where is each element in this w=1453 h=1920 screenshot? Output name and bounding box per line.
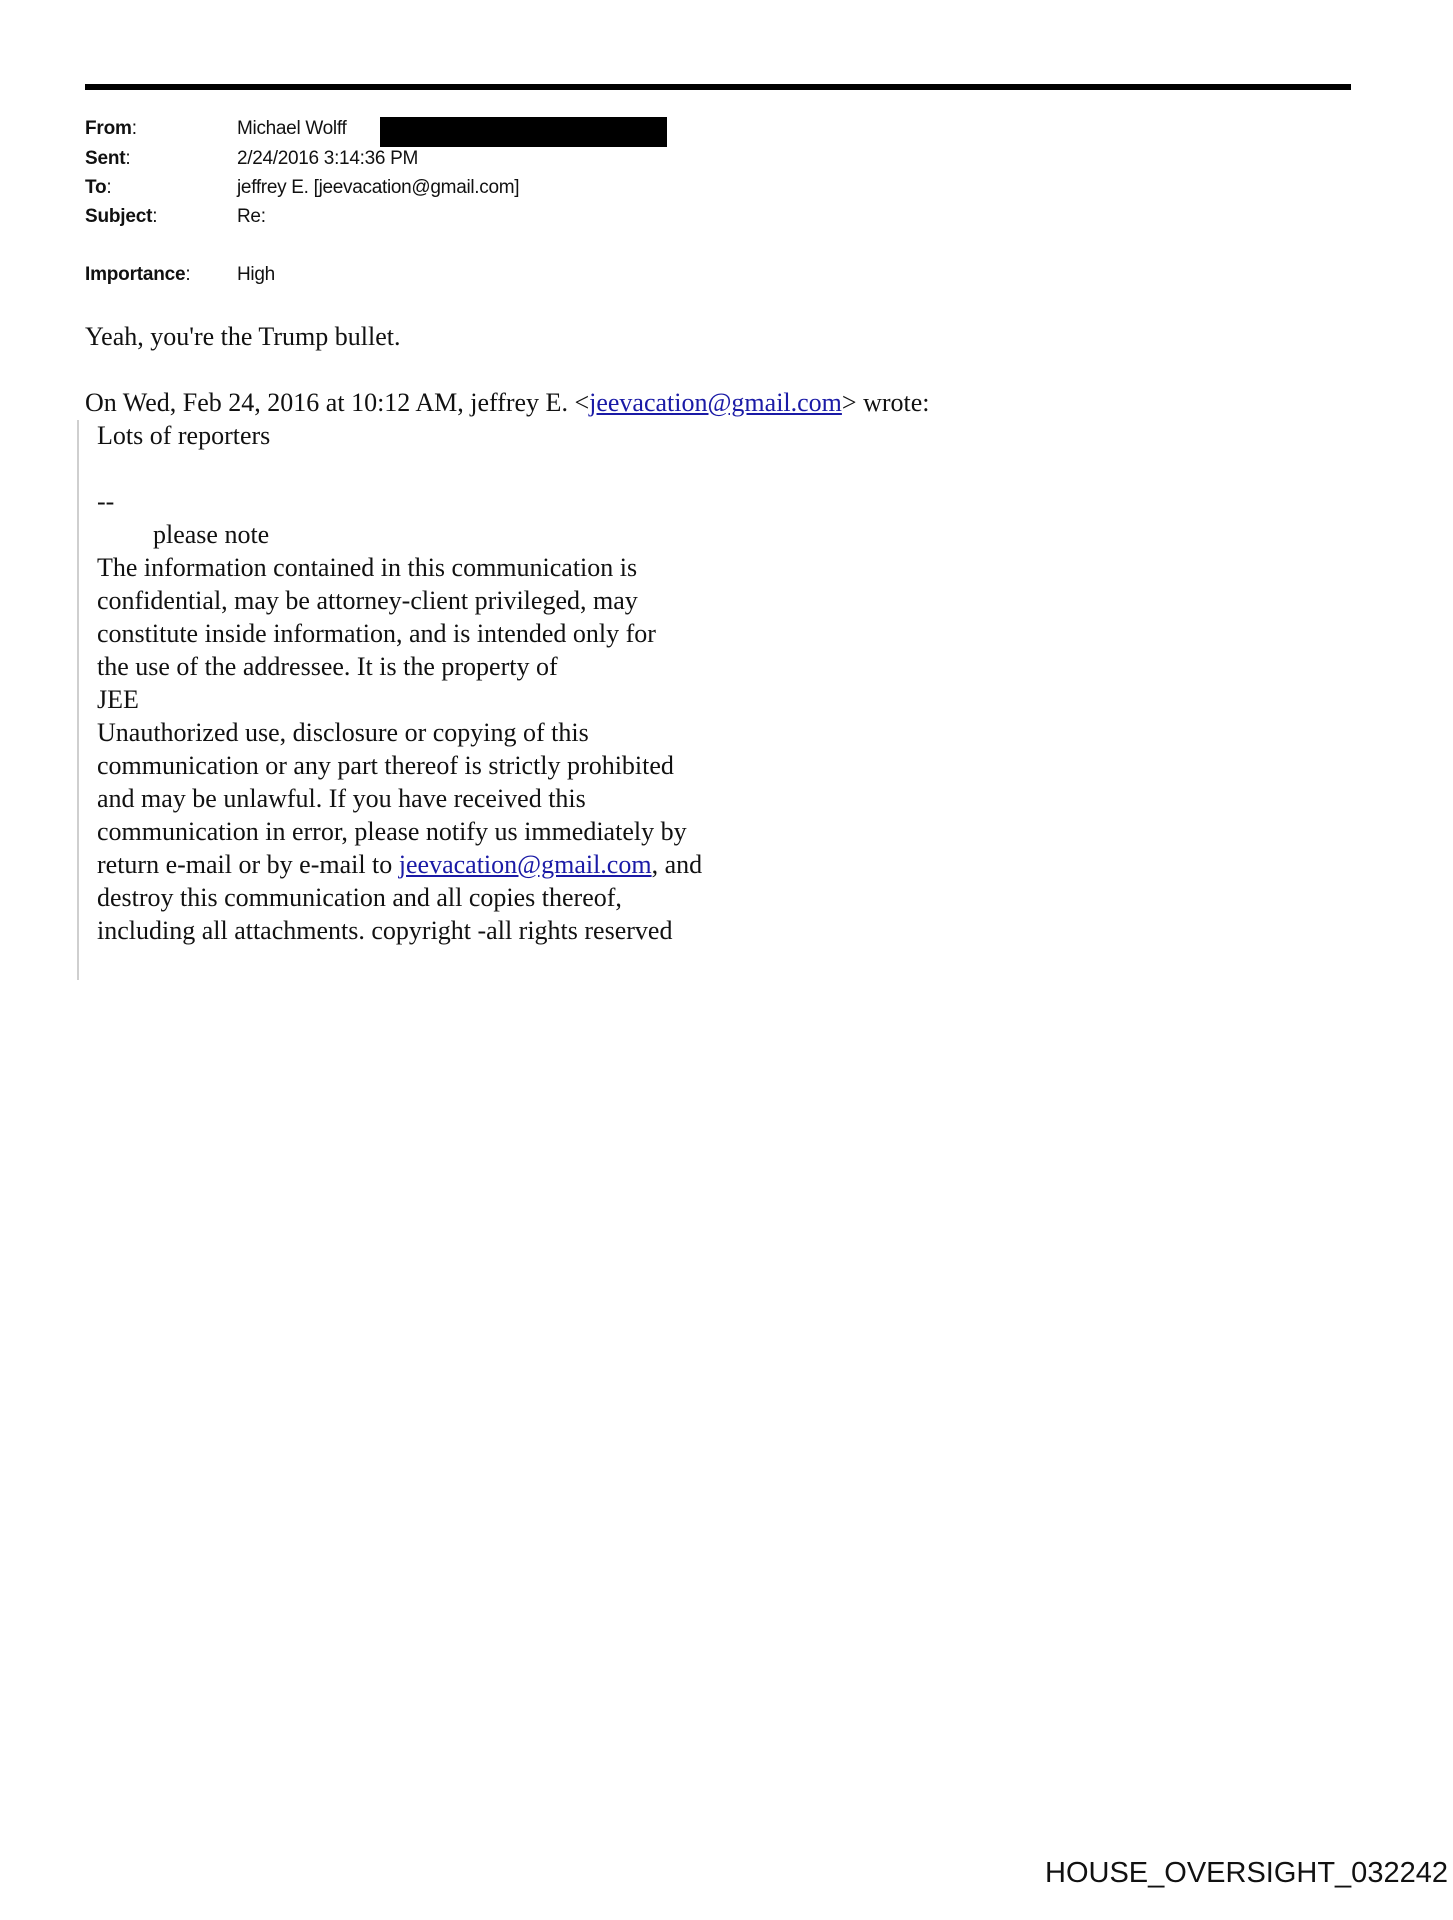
sent-value: 2/24/2016 3:14:36 PM — [237, 147, 418, 171]
subject-value: Re: — [237, 205, 266, 229]
disclaimer-line: constitute inside information, and is in… — [97, 617, 702, 650]
sent-label: Sent: — [85, 147, 237, 171]
disclaimer-line: communication or any part thereof is str… — [97, 749, 702, 782]
header-divider — [85, 84, 1351, 90]
to-row: To:jeffrey E. [jeevacation@gmail.com] — [85, 176, 519, 200]
quoted-message: Lots of reporters — [97, 419, 270, 452]
disclaimer-line: confidential, may be attorney-client pri… — [97, 584, 702, 617]
disclaimer-line: Unauthorized use, disclosure or copying … — [97, 716, 702, 749]
disclaimer-link-suffix: , and — [652, 850, 703, 879]
from-row: From:Michael Wolff — [85, 117, 346, 141]
quote-intro: On Wed, Feb 24, 2016 at 10:12 AM, jeffre… — [85, 386, 930, 419]
disclaimer-line: including all attachments. copyright -al… — [97, 914, 702, 947]
disclaimer-line: communication in error, please notify us… — [97, 815, 702, 848]
quote-intro-email-link[interactable]: jeevacation@gmail.com — [589, 388, 842, 417]
bates-number: HOUSE_OVERSIGHT_032242 — [1045, 1856, 1448, 1890]
disclaimer-line: The information contained in this commun… — [97, 551, 702, 584]
to-value: jeffrey E. [jeevacation@gmail.com] — [237, 176, 519, 200]
subject-row: Subject:Re: — [85, 205, 266, 229]
importance-value: High — [237, 263, 275, 287]
importance-label: Importance: — [85, 263, 237, 287]
disclaimer-line: destroy this communication and all copie… — [97, 881, 702, 914]
disclaimer-link-prefix: return e-mail or by e-mail to — [97, 850, 399, 879]
reply-text: Yeah, you're the Trump bullet. — [85, 320, 401, 353]
quote-intro-prefix: On Wed, Feb 24, 2016 at 10:12 AM, jeffre… — [85, 388, 589, 417]
disclaimer-line: the use of the addressee. It is the prop… — [97, 650, 702, 683]
disclaimer: The information contained in this commun… — [97, 551, 702, 947]
from-value: Michael Wolff — [237, 117, 346, 141]
disclaimer-line: and may be unlawful. If you have receive… — [97, 782, 702, 815]
quote-bar — [77, 420, 79, 980]
from-label: From: — [85, 117, 237, 141]
disclaimer-line: return e-mail or by e-mail to jeevacatio… — [97, 848, 702, 881]
importance-row: Importance:High — [85, 263, 275, 287]
signature-note: please note — [153, 518, 269, 551]
disclaimer-line: JEE — [97, 683, 702, 716]
signature-separator: -- — [97, 485, 114, 518]
sent-row: Sent:2/24/2016 3:14:36 PM — [85, 147, 418, 171]
subject-label: Subject: — [85, 205, 237, 229]
to-label: To: — [85, 176, 237, 200]
redaction-box — [380, 117, 667, 147]
disclaimer-email-link[interactable]: jeevacation@gmail.com — [399, 850, 652, 879]
quote-intro-suffix: > wrote: — [842, 388, 930, 417]
